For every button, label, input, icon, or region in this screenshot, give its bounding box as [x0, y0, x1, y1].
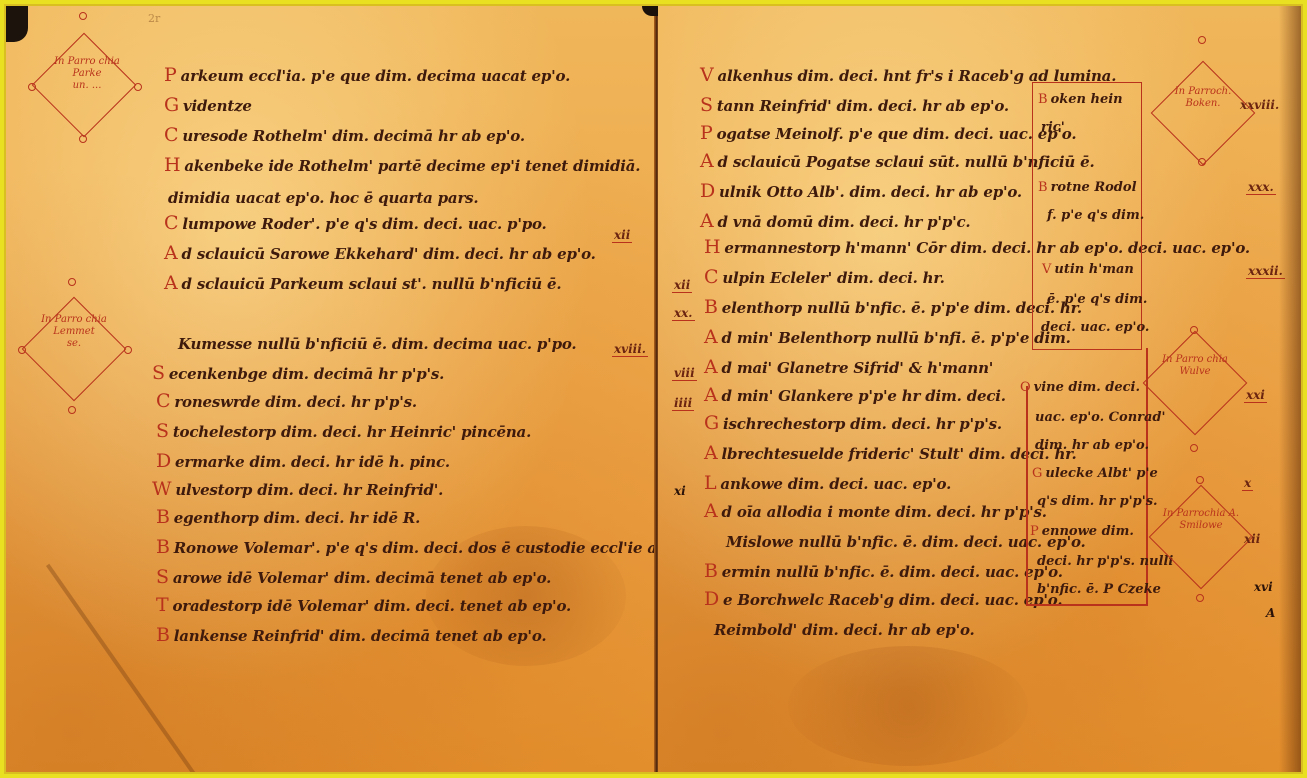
red-initial: S — [152, 362, 165, 384]
diamond-knob — [124, 346, 132, 354]
entry-line: Hermannestorp h'mann' Cōr dim. deci. hr … — [704, 236, 1250, 258]
margin-number: xx. — [672, 306, 695, 321]
margin-number: x — [1242, 476, 1253, 491]
entry-line: Lankowe dim. deci. uac. ep'o. — [704, 472, 951, 494]
red-initial: D — [156, 450, 171, 472]
entry-line: Toradestorp idē Volemar' dim. deci. tene… — [156, 594, 571, 616]
manuscript-spread: 2r In Parro chia Parkeun. ... In Parro c… — [6, 6, 1301, 772]
entry-line: Bermin nullū b'nfic. ē. dim. deci. uac. … — [704, 560, 1063, 582]
corner-mark: A — [1264, 606, 1277, 620]
boxed-line: Gulecke Albt' p'e — [1032, 466, 1158, 481]
entry-line: Gvidentze — [164, 94, 252, 116]
red-initial: S — [700, 94, 713, 116]
folio-number: 2r — [148, 12, 160, 25]
red-initial: B — [704, 296, 718, 318]
red-initial: C — [156, 390, 170, 412]
boxed-line: ē. p'e q's dim. — [1044, 292, 1147, 307]
red-initial: H — [164, 154, 180, 176]
entry-line: Curesode Rothelm' dim. decimā hr ab ep'o… — [164, 124, 525, 146]
diamond-knob — [1190, 444, 1198, 452]
boxed-line: Vutin h'man — [1042, 262, 1134, 277]
entry-line: Ad mai' Glanetre Sifrid' & h'mann' — [704, 356, 993, 378]
red-initial: A — [704, 384, 718, 406]
entry-line: Gischrechestorp dim. deci. hr p'p's. — [704, 412, 1002, 434]
entry-line: Reimbold' dim. deci. hr ab ep'o. — [710, 618, 975, 640]
diamond-knob — [18, 346, 26, 354]
box-rule — [1026, 386, 1028, 604]
boxed-line: q's dim. hr p'p's. — [1034, 494, 1158, 509]
boxed-line: ric' — [1038, 120, 1065, 135]
diamond-knob — [79, 12, 87, 20]
entry-line: Culpin Ecleler' dim. deci. hr. — [704, 266, 945, 288]
stain — [788, 646, 1028, 766]
diamond-label: In Parro chia Lemmetse. — [28, 314, 120, 350]
red-initial: A — [700, 210, 714, 232]
boxed-line: Brotne Rodol — [1038, 180, 1137, 195]
red-initial: A — [704, 326, 718, 348]
red-initial: G — [704, 412, 719, 434]
page-corner-shadow — [6, 6, 28, 42]
diamond-knob — [1198, 158, 1206, 166]
red-initial: A — [704, 356, 718, 378]
entry-line: Ad sclauicū Parkeum sclaui st'. nullū b'… — [164, 272, 561, 294]
margin-number: viii — [672, 366, 697, 381]
entry-line: Ad min' Belenthorp nullū b'nfi. ē. p'p'e… — [704, 326, 1071, 348]
margin-number: xxviii. — [1238, 98, 1281, 112]
entry-line: Ad oīa allodia i monte dim. deci. hr p'p… — [704, 500, 1047, 522]
right-page: Valkenhus dim. deci. hnt fr's i Raceb'g … — [658, 6, 1301, 772]
red-initial: W — [152, 478, 171, 500]
red-initial: D — [700, 180, 715, 202]
boxed-line: f. p'e q's dim. — [1044, 208, 1144, 223]
entry-line: Kumesse nullū b'nficiū ē. dim. decima ua… — [174, 332, 576, 354]
entry-line: Parkeum eccl'ia. p'e que dim. decima uac… — [164, 64, 570, 86]
entry-line: Pogatse Meinolf. p'e que dim. deci. uac.… — [700, 122, 1076, 144]
red-initial: P — [164, 64, 177, 86]
diamond-label: In Parroch. Boken. — [1158, 86, 1248, 110]
red-initial: A — [164, 272, 178, 294]
margin-number: xi — [672, 484, 688, 498]
entry-line: Sarowe idē Volemar' dim. decimā tenet ab… — [156, 566, 551, 588]
entry-line: Hakenbeke ide Rothelm' partē decime ep'i… — [164, 154, 640, 176]
entry-line: Wulvestorp dim. deci. hr Reinfrid'. — [152, 478, 443, 500]
boxed-line: dim. hr ab ep'o. — [1032, 438, 1149, 453]
red-initial: P — [700, 122, 713, 144]
diamond-label: In Parro chia Wulve — [1150, 354, 1240, 378]
red-initial: G — [164, 94, 179, 116]
red-initial: A — [704, 500, 718, 522]
red-initial: D — [704, 588, 719, 610]
margin-number: xxi — [1244, 388, 1267, 403]
red-initial: C — [164, 212, 178, 234]
boxed-line: Boken hein — [1038, 92, 1123, 107]
entry-line: Belenthorp nullū b'nfic. ē. p'p'e dim. d… — [704, 296, 1082, 318]
boxed-line: deci. uac. ep'o. — [1038, 320, 1149, 335]
red-initial: C — [164, 124, 178, 146]
entry-line: Ad vnā domū dim. deci. hr p'p'c. — [700, 210, 970, 232]
diamond-knob — [1190, 326, 1198, 334]
boxed-line: b'nfic. ē. P Czeke — [1034, 582, 1161, 597]
diamond-label: In Parrochia A. Smilowe — [1154, 508, 1248, 532]
red-initial: B — [156, 506, 170, 528]
red-initial: T — [156, 594, 168, 616]
red-initial: S — [156, 566, 169, 588]
diamond-knob — [79, 135, 87, 143]
margin-number: xii — [672, 278, 692, 293]
diamond-knob — [68, 278, 76, 286]
corner-mark: xvi — [1252, 580, 1275, 594]
entry-line: Ad sclauicū Sarowe Ekkehard' dim. deci. … — [164, 242, 596, 264]
red-initial: B — [156, 624, 170, 646]
entry-line: De Borchwelc Raceb'g dim. deci. uac. ep'… — [704, 588, 1062, 610]
red-initial: S — [156, 420, 169, 442]
red-initial: B — [156, 536, 170, 558]
entry-line: BRonowe Volemar'. p'e q's dim. deci. dos… — [156, 536, 706, 558]
entry-line: dimidia uacat ep'o. hoc ē quarta pars. — [164, 186, 478, 208]
entry-line: Stann Reinfrid' dim. deci. hr ab ep'o. — [700, 94, 1009, 116]
margin-number: iiii — [672, 396, 694, 411]
margin-number: xxx. — [1246, 180, 1276, 195]
margin-number: xii — [612, 228, 632, 243]
diamond-knob — [1196, 594, 1204, 602]
diamond-knob — [134, 83, 142, 91]
red-initial: L — [704, 472, 716, 494]
margin-number: xii — [1242, 532, 1262, 546]
boxed-line: Pennowe dim. — [1030, 524, 1134, 539]
diamond-knob — [28, 83, 36, 91]
red-initial: A — [164, 242, 178, 264]
boxed-line: uac. ep'o. Conrad' — [1032, 410, 1166, 425]
red-initial: A — [700, 150, 714, 172]
boxed-line: deci. hr p'p's. nulli — [1034, 554, 1173, 569]
entry-line: Albrechtesuelde frideric' Stult' dim. de… — [704, 442, 1077, 464]
entry-line: Dermarke dim. deci. hr idē h. pinc. — [156, 450, 450, 472]
entry-line: Begenthorp dim. deci. hr idē R. — [156, 506, 420, 528]
red-initial: B — [704, 560, 718, 582]
red-initial: H — [704, 236, 720, 258]
entry-line: Stochelestorp dim. deci. hr Heinric' pin… — [156, 420, 531, 442]
diamond-knob — [1198, 36, 1206, 44]
diamond-label: In Parro chia Parkeun. ... — [42, 56, 132, 92]
left-page: 2r In Parro chia Parkeun. ... In Parro c… — [6, 6, 656, 772]
parish-diamond-boken — [1151, 61, 1256, 166]
margin-number: xxxii. — [1246, 264, 1285, 279]
entry-line: Ad min' Glankere p'p'e hr dim. deci. — [704, 384, 1006, 406]
box-rule — [1026, 604, 1148, 606]
entry-line: Blankense Reinfrid' dim. decimā tenet ab… — [156, 624, 546, 646]
boxed-line: Ovine dim. deci. — [1020, 380, 1140, 395]
parish-diamond-smilowe — [1149, 485, 1254, 590]
red-initial: C — [704, 266, 718, 288]
entry-line: Dulnik Otto Alb'. dim. deci. hr ab ep'o. — [700, 180, 1022, 202]
entry-line: Clumpowe Roder'. p'e q's dim. deci. uac.… — [164, 212, 547, 234]
entry-line: Secenkenbge dim. decimā hr p'p's. — [152, 362, 444, 384]
red-initial: A — [704, 442, 718, 464]
margin-number: xviii. — [612, 342, 648, 357]
red-initial: V — [700, 64, 714, 86]
entry-line: Croneswrde dim. deci. hr p'p's. — [156, 390, 417, 412]
diamond-knob — [1196, 476, 1204, 484]
diamond-knob — [68, 406, 76, 414]
